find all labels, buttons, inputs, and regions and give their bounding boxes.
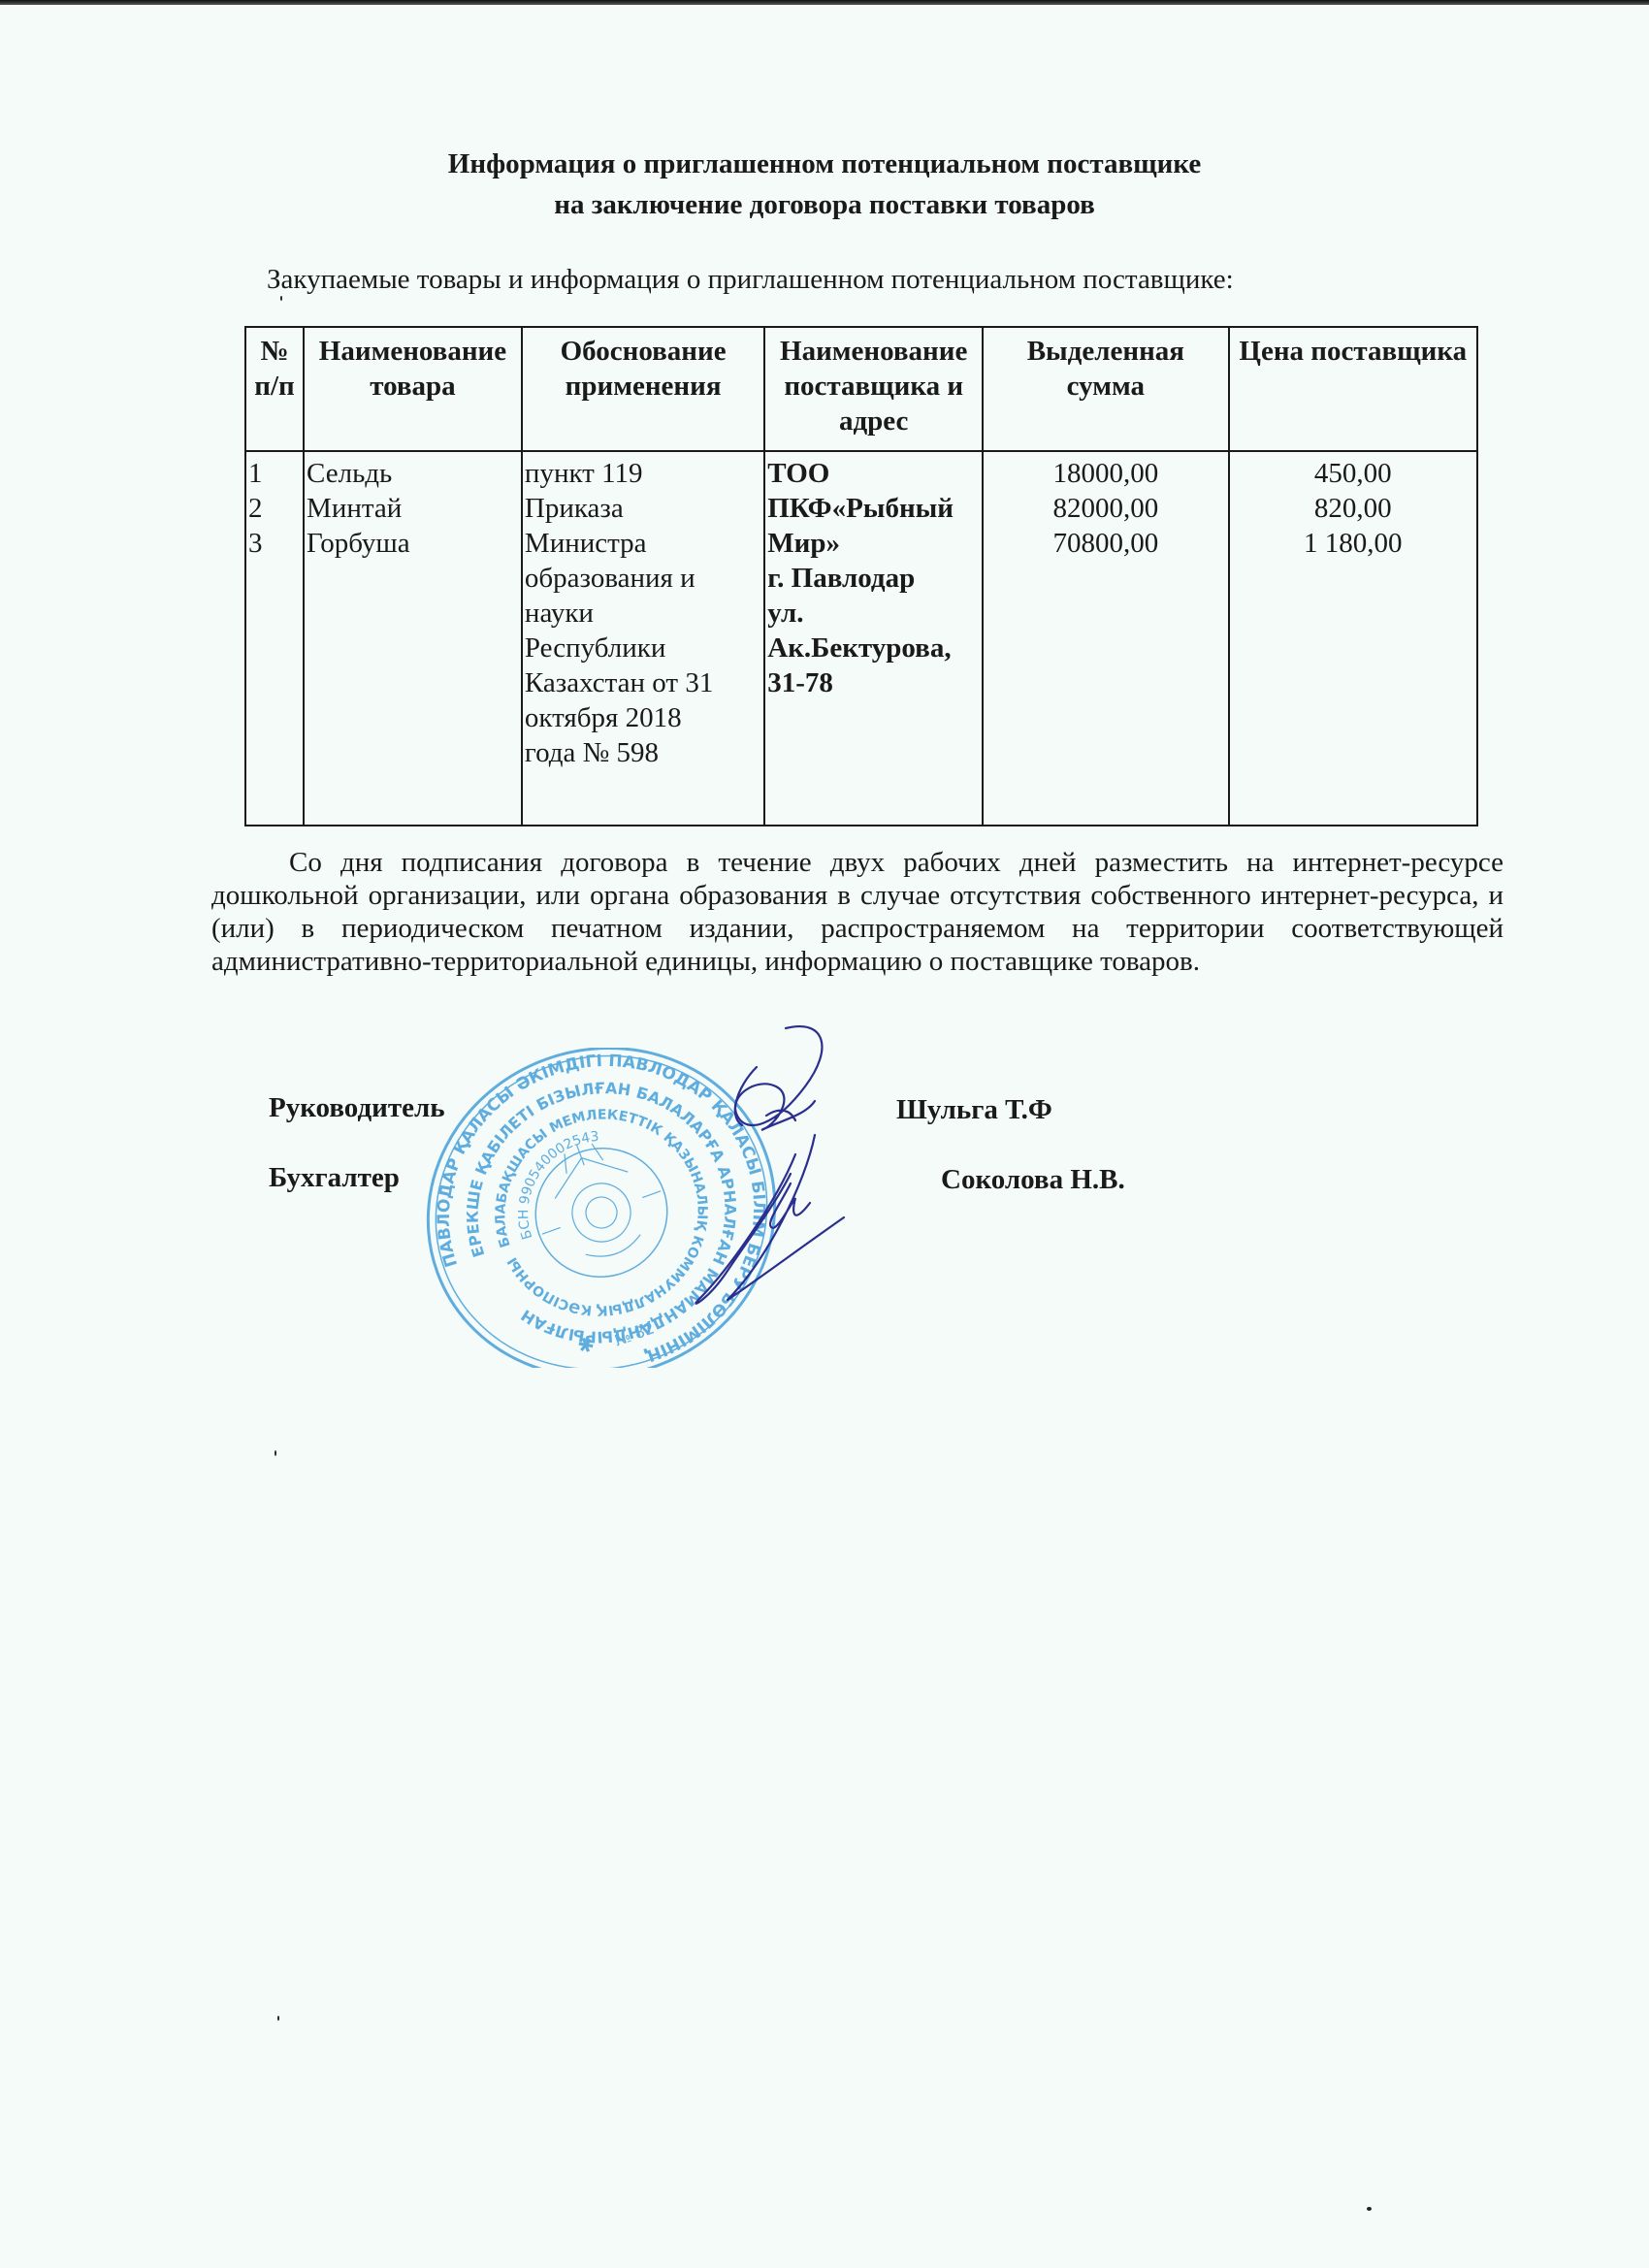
cell-supplier-price: 450,00 820,00 1 180,00 [1229,451,1477,826]
scan-artifact [277,2016,279,2021]
scan-artifact [1367,2207,1372,2211]
cell-allocated-sum: 18000,00 82000,00 70800,00 [983,451,1228,826]
document-subtitle: на заключение договора поставки товаров [0,184,1649,225]
publication-requirement-paragraph: Со дня подписания договора в течение дву… [211,846,1503,978]
header-num: № п/п [245,327,304,451]
table-row: 1 2 3 Сельдь Минтай Горбуша пункт 119 Пр… [245,451,1477,826]
table-header-row: № п/п Наименование товара Обоснование пр… [245,327,1477,451]
signatory-role-accountant: Бухгалтер [269,1162,400,1194]
intro-text: Закупаемые товары и информация о приглаш… [267,260,1234,299]
cell-product-name: Сельдь Минтай Горбуша [304,451,522,826]
document-title: Информация о приглашенном потенциальном … [0,144,1649,184]
header-basis: Обоснование применения [522,327,764,451]
cell-num: 1 2 3 [245,451,304,826]
scan-artifact [280,296,282,301]
header-sum: Выделенная сумма [983,327,1228,451]
signatory-name-director: Шульга Т.Ф [896,1094,1052,1126]
cell-supplier: ТОО ПКФ«Рыбный Мир» г. Павлодар ул. Ак.Б… [764,451,983,826]
goods-table: № п/п Наименование товара Обоснование пр… [244,326,1478,826]
scan-artifact [275,1450,276,1456]
signature-icon [669,1009,863,1319]
scan-edge [0,0,1649,5]
signatory-name-accountant: Соколова Н.В. [941,1164,1125,1196]
header-name: Наименование товара [304,327,522,451]
header-price: Цена поставщика [1229,327,1477,451]
header-supplier: Наименование поставщика и адрес [764,327,983,451]
cell-basis: пункт 119 Приказа Министра образования и… [522,451,764,826]
